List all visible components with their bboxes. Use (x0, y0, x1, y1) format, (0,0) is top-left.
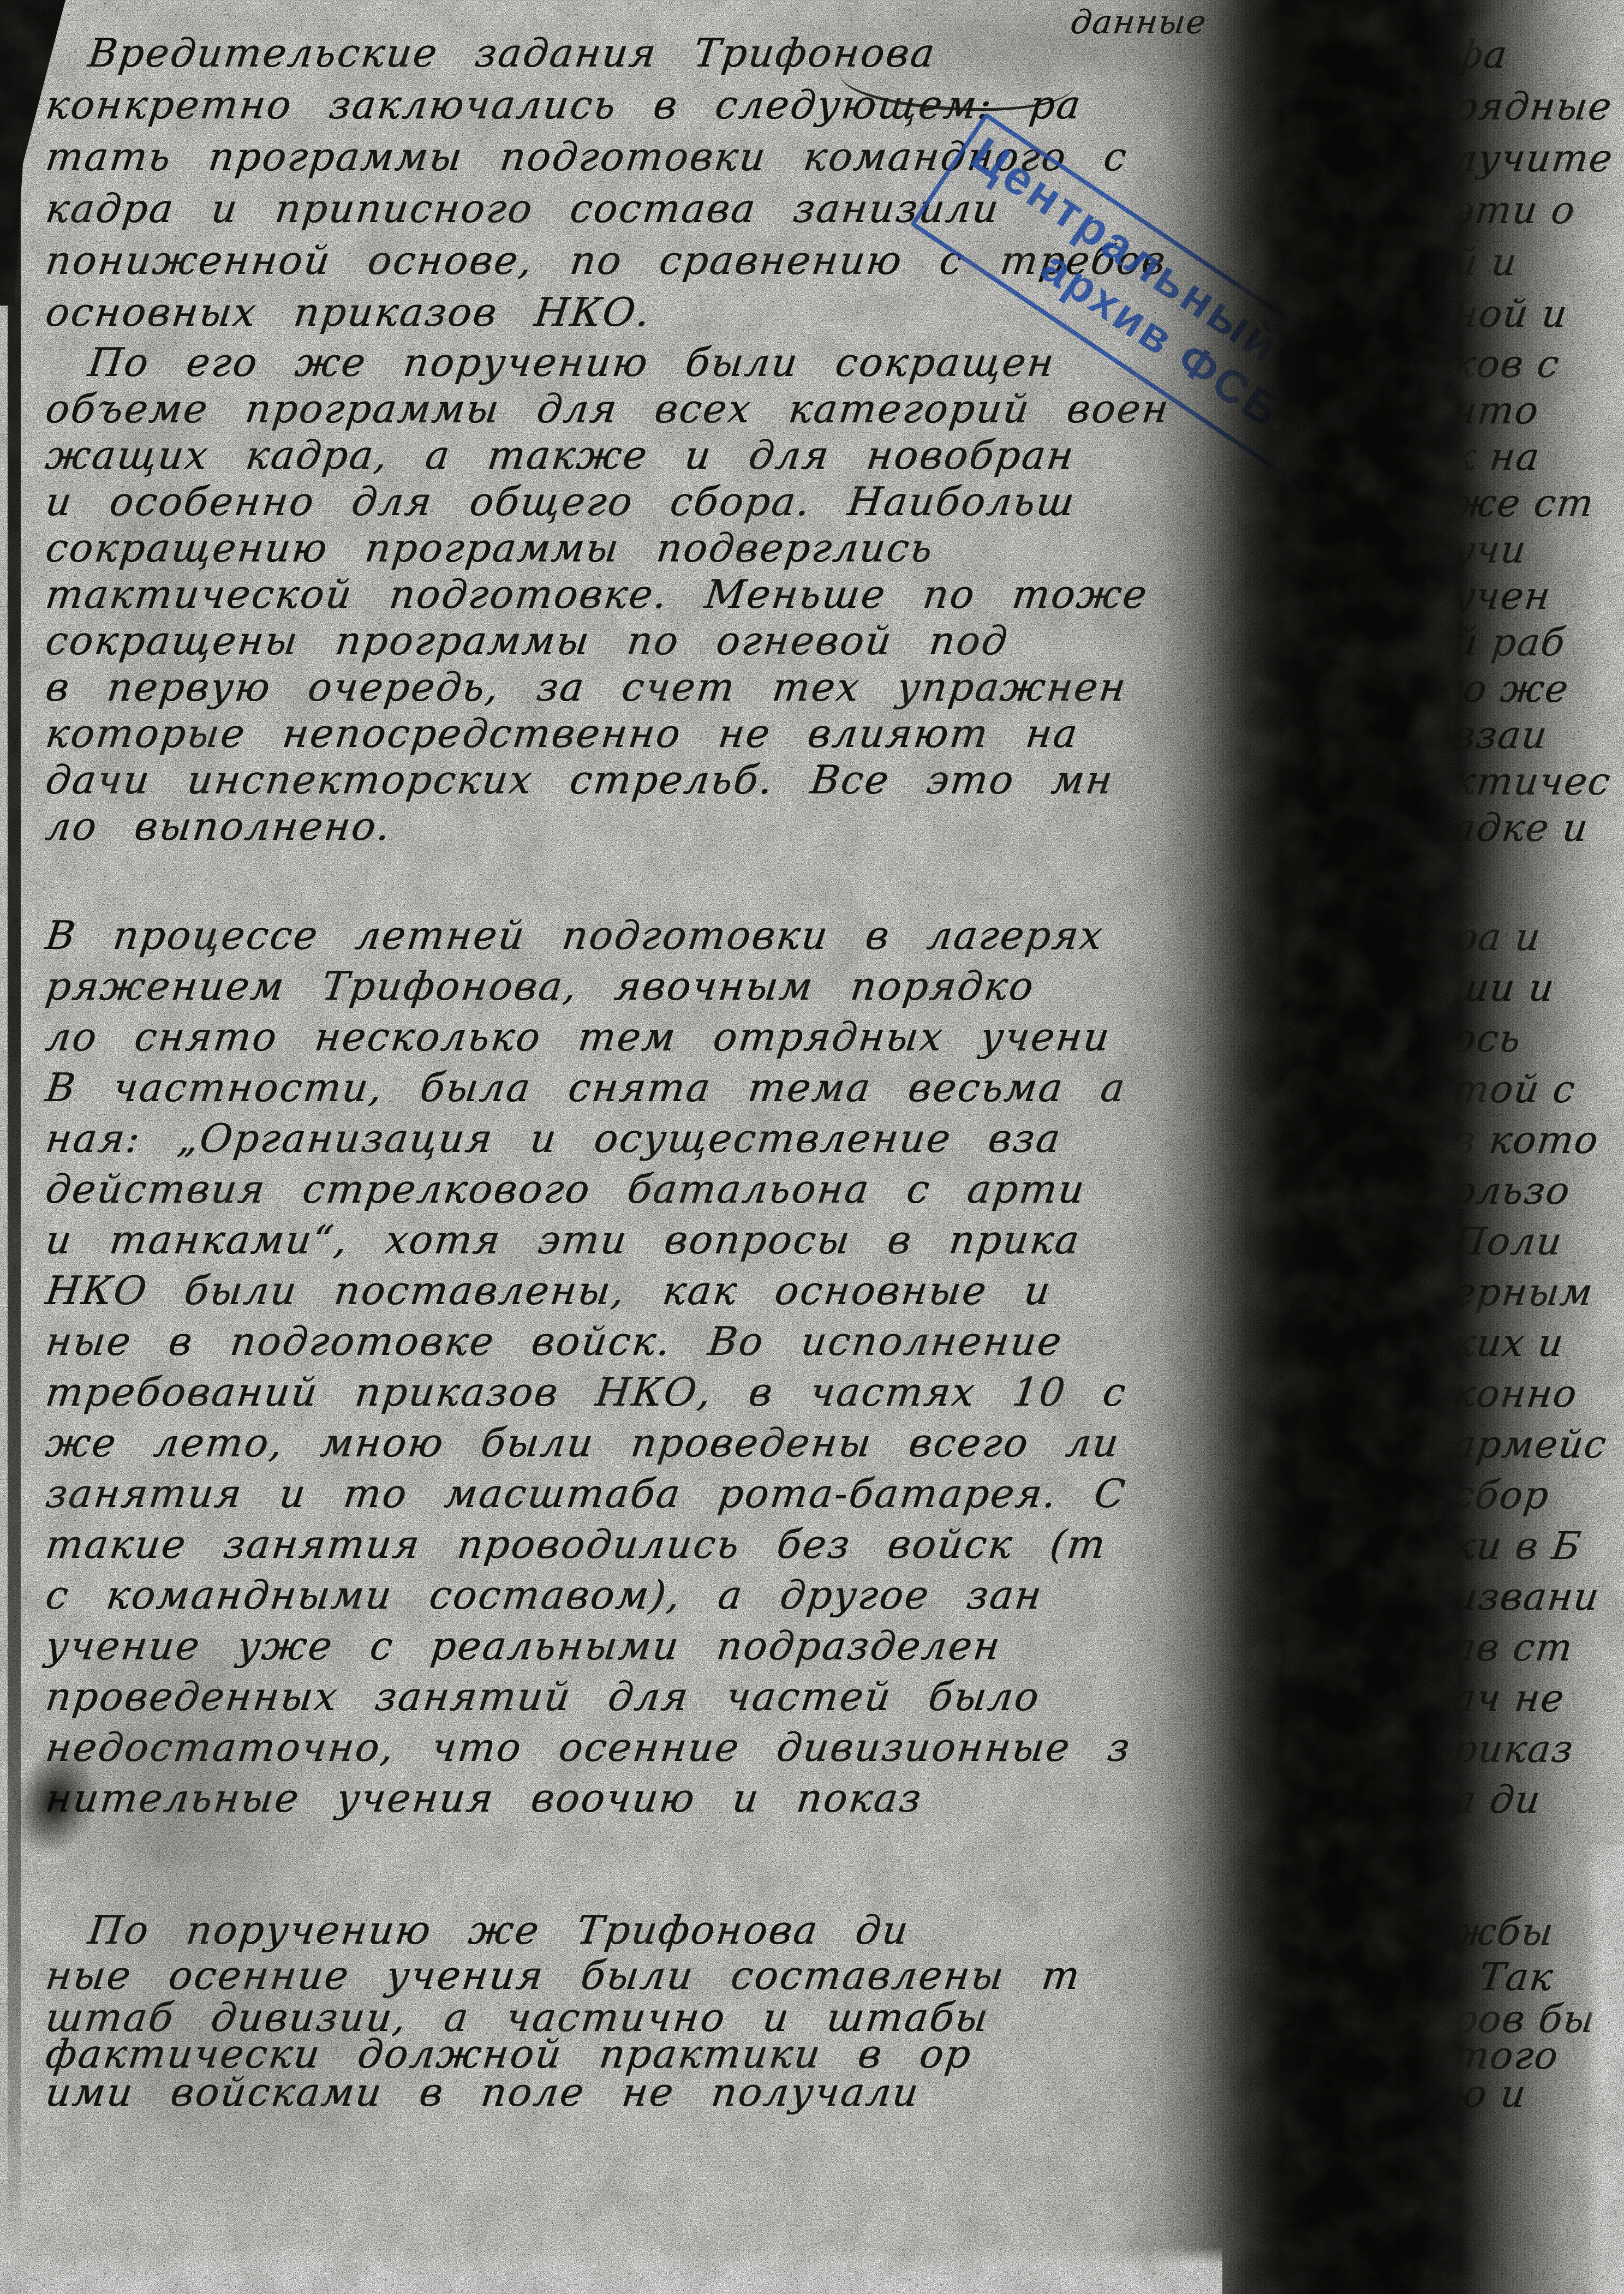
right-page-fragment: учен (1450, 573, 1554, 618)
right-page-fragment: ра и (1450, 915, 1544, 959)
right-page-fragment: ки в Б (1450, 1524, 1584, 1568)
right-page-fragment: ной и (1450, 291, 1571, 336)
right-page-fragment: ких и (1450, 1321, 1567, 1365)
right-page-fragment: фа (1450, 32, 1510, 77)
right-page-fragment: ользо (1450, 1168, 1573, 1213)
right-page-fragment: той с (1450, 1067, 1578, 1112)
right-page-fragment: ков с (1450, 342, 1562, 386)
handwriting-line: ная: „Организация и осуществление вза (43, 1115, 1064, 1161)
handwriting-line: в первую очередь, за счет тех упражнен (43, 664, 1130, 710)
handwriting-line: В частности, была снята тема весьма а (43, 1065, 1129, 1110)
handwriting-line: В процессе летней подготовки в лагерях (43, 912, 1107, 958)
right-page-fragment: же ст (1450, 481, 1597, 525)
right-page-fragment: ю же (1450, 666, 1572, 711)
handwriting-line: кадра и приписного состава занизили (43, 186, 1002, 231)
handwriting-line: требований приказов НКО, в частях 10 с (43, 1369, 1130, 1415)
right-page-fragment: ав ст (1450, 1625, 1575, 1670)
right-page-fragment: ши и (1450, 965, 1557, 1010)
scanned-document-page: { "stamp": { "line1": "Центральный", "li… (0, 0, 1624, 2294)
right-page-fragment: сбор (1450, 1473, 1552, 1518)
handwriting-line: Вредительские задания Трифонова (43, 30, 939, 76)
handwriting-line: жащих кадра, а также и для новобран (43, 432, 1077, 478)
right-page-fragment: жбы (1450, 1909, 1556, 1954)
handwriting-line: НКО были поставлены, как основные и (43, 1268, 1054, 1313)
handwriting-line: проведенных занятий для частей было (43, 1674, 1043, 1719)
handwriting-line: ные в подготовке войск. Во исполнение (43, 1318, 1065, 1364)
right-page-fragment: адке и (1450, 805, 1591, 850)
handwriting-line: с командными составом), а другое зан (43, 1572, 1046, 1618)
right-page-fragment: конно (1450, 1371, 1580, 1416)
right-page-fragment: учи (1450, 527, 1529, 572)
handwriting-line: сокращены программы по огневой под (43, 618, 1011, 664)
right-page-fragment: извани (1450, 1574, 1602, 1619)
right-paper-margin (1586, 1844, 1624, 2294)
right-page-fragment: а ди (1450, 1777, 1544, 1822)
right-page-fragment: что (1450, 388, 1542, 433)
handwriting-line: занятия и то масштаба рота-батарея. С (43, 1471, 1129, 1516)
handwriting-line: сокращению программы подверглись (43, 525, 936, 571)
scan-left-edge (8, 0, 21, 2248)
handwriting-line: же лето, мною были проведены всего ли (43, 1420, 1123, 1466)
right-page-fragment: в кото (1450, 1118, 1602, 1162)
right-page-fragment: й раб (1450, 620, 1568, 665)
bottom-paper-margin (0, 2247, 1222, 2294)
right-page-fragment: риказ (1450, 1727, 1577, 1771)
right-page-fragment: взаи (1450, 713, 1550, 757)
right-page-fragment: эти о (1450, 188, 1578, 232)
handwriting-line: которые непосредственно не влияют на (43, 710, 1082, 756)
handwriting-line: и особенно для общего сбора. Наибольш (43, 479, 1078, 524)
right-page-fragment: Поли (1450, 1219, 1565, 1264)
right-page-fragment: ерным (1450, 1270, 1596, 1315)
right-page-fragment: армейс (1450, 1422, 1609, 1467)
right-page-fragment: к на (1450, 434, 1543, 479)
right-page-fragment: рядные (1450, 84, 1615, 129)
handwriting-line: ими войсками в поле не получали (43, 2069, 923, 2115)
handwriting-line: объеме программы для всех категорий воен (43, 386, 1172, 432)
handwriting-line: такие занятия проводились без войск (т (43, 1521, 1109, 1567)
right-page-fragment: й и (1450, 240, 1520, 284)
right-page-fragment: ктичес (1450, 759, 1614, 804)
right-page-fragment: лучите (1450, 136, 1616, 181)
handwriting-line: учение уже с реальными подразделен (43, 1623, 1004, 1669)
handwriting-line: тактической подготовке. Меньше по тоже (43, 571, 1151, 617)
handwriting-line: дачи инспекторских стрельб. Все это мн (43, 757, 1116, 803)
handwriting-line: основных приказов НКО. (43, 289, 654, 335)
right-page-fragment: . Так (1450, 1955, 1556, 1999)
handwriting-line: нительные учения воочию и показ (43, 1775, 925, 1821)
handwriting-line: По его же поручению были сокращен (43, 339, 1058, 385)
handwriting-line: действия стрелкового батальона с арти (43, 1166, 1088, 1212)
handwriting-line: и танками“, хотя эти вопросы в прика (43, 1217, 1083, 1263)
handwriting-line: ло снято несколько тем отрядных учени (43, 1014, 1113, 1060)
right-page-fragment: ось (1450, 1016, 1524, 1061)
handwriting-line: ряжением Трифонова, явочным порядко (43, 963, 1037, 1009)
handwriting-line: ные осенние учения были составлены т (43, 1952, 1084, 1998)
right-page-fragment: ю и (1450, 2071, 1529, 2116)
handwriting-line: недостаточно, что осенние дивизионные з (43, 1724, 1134, 1770)
right-page-fragment: ач не (1450, 1676, 1567, 1720)
handwriting-line: По поручению же Трифонова ди (43, 1907, 912, 1953)
handwriting-line: ло выполнено. (43, 803, 394, 849)
